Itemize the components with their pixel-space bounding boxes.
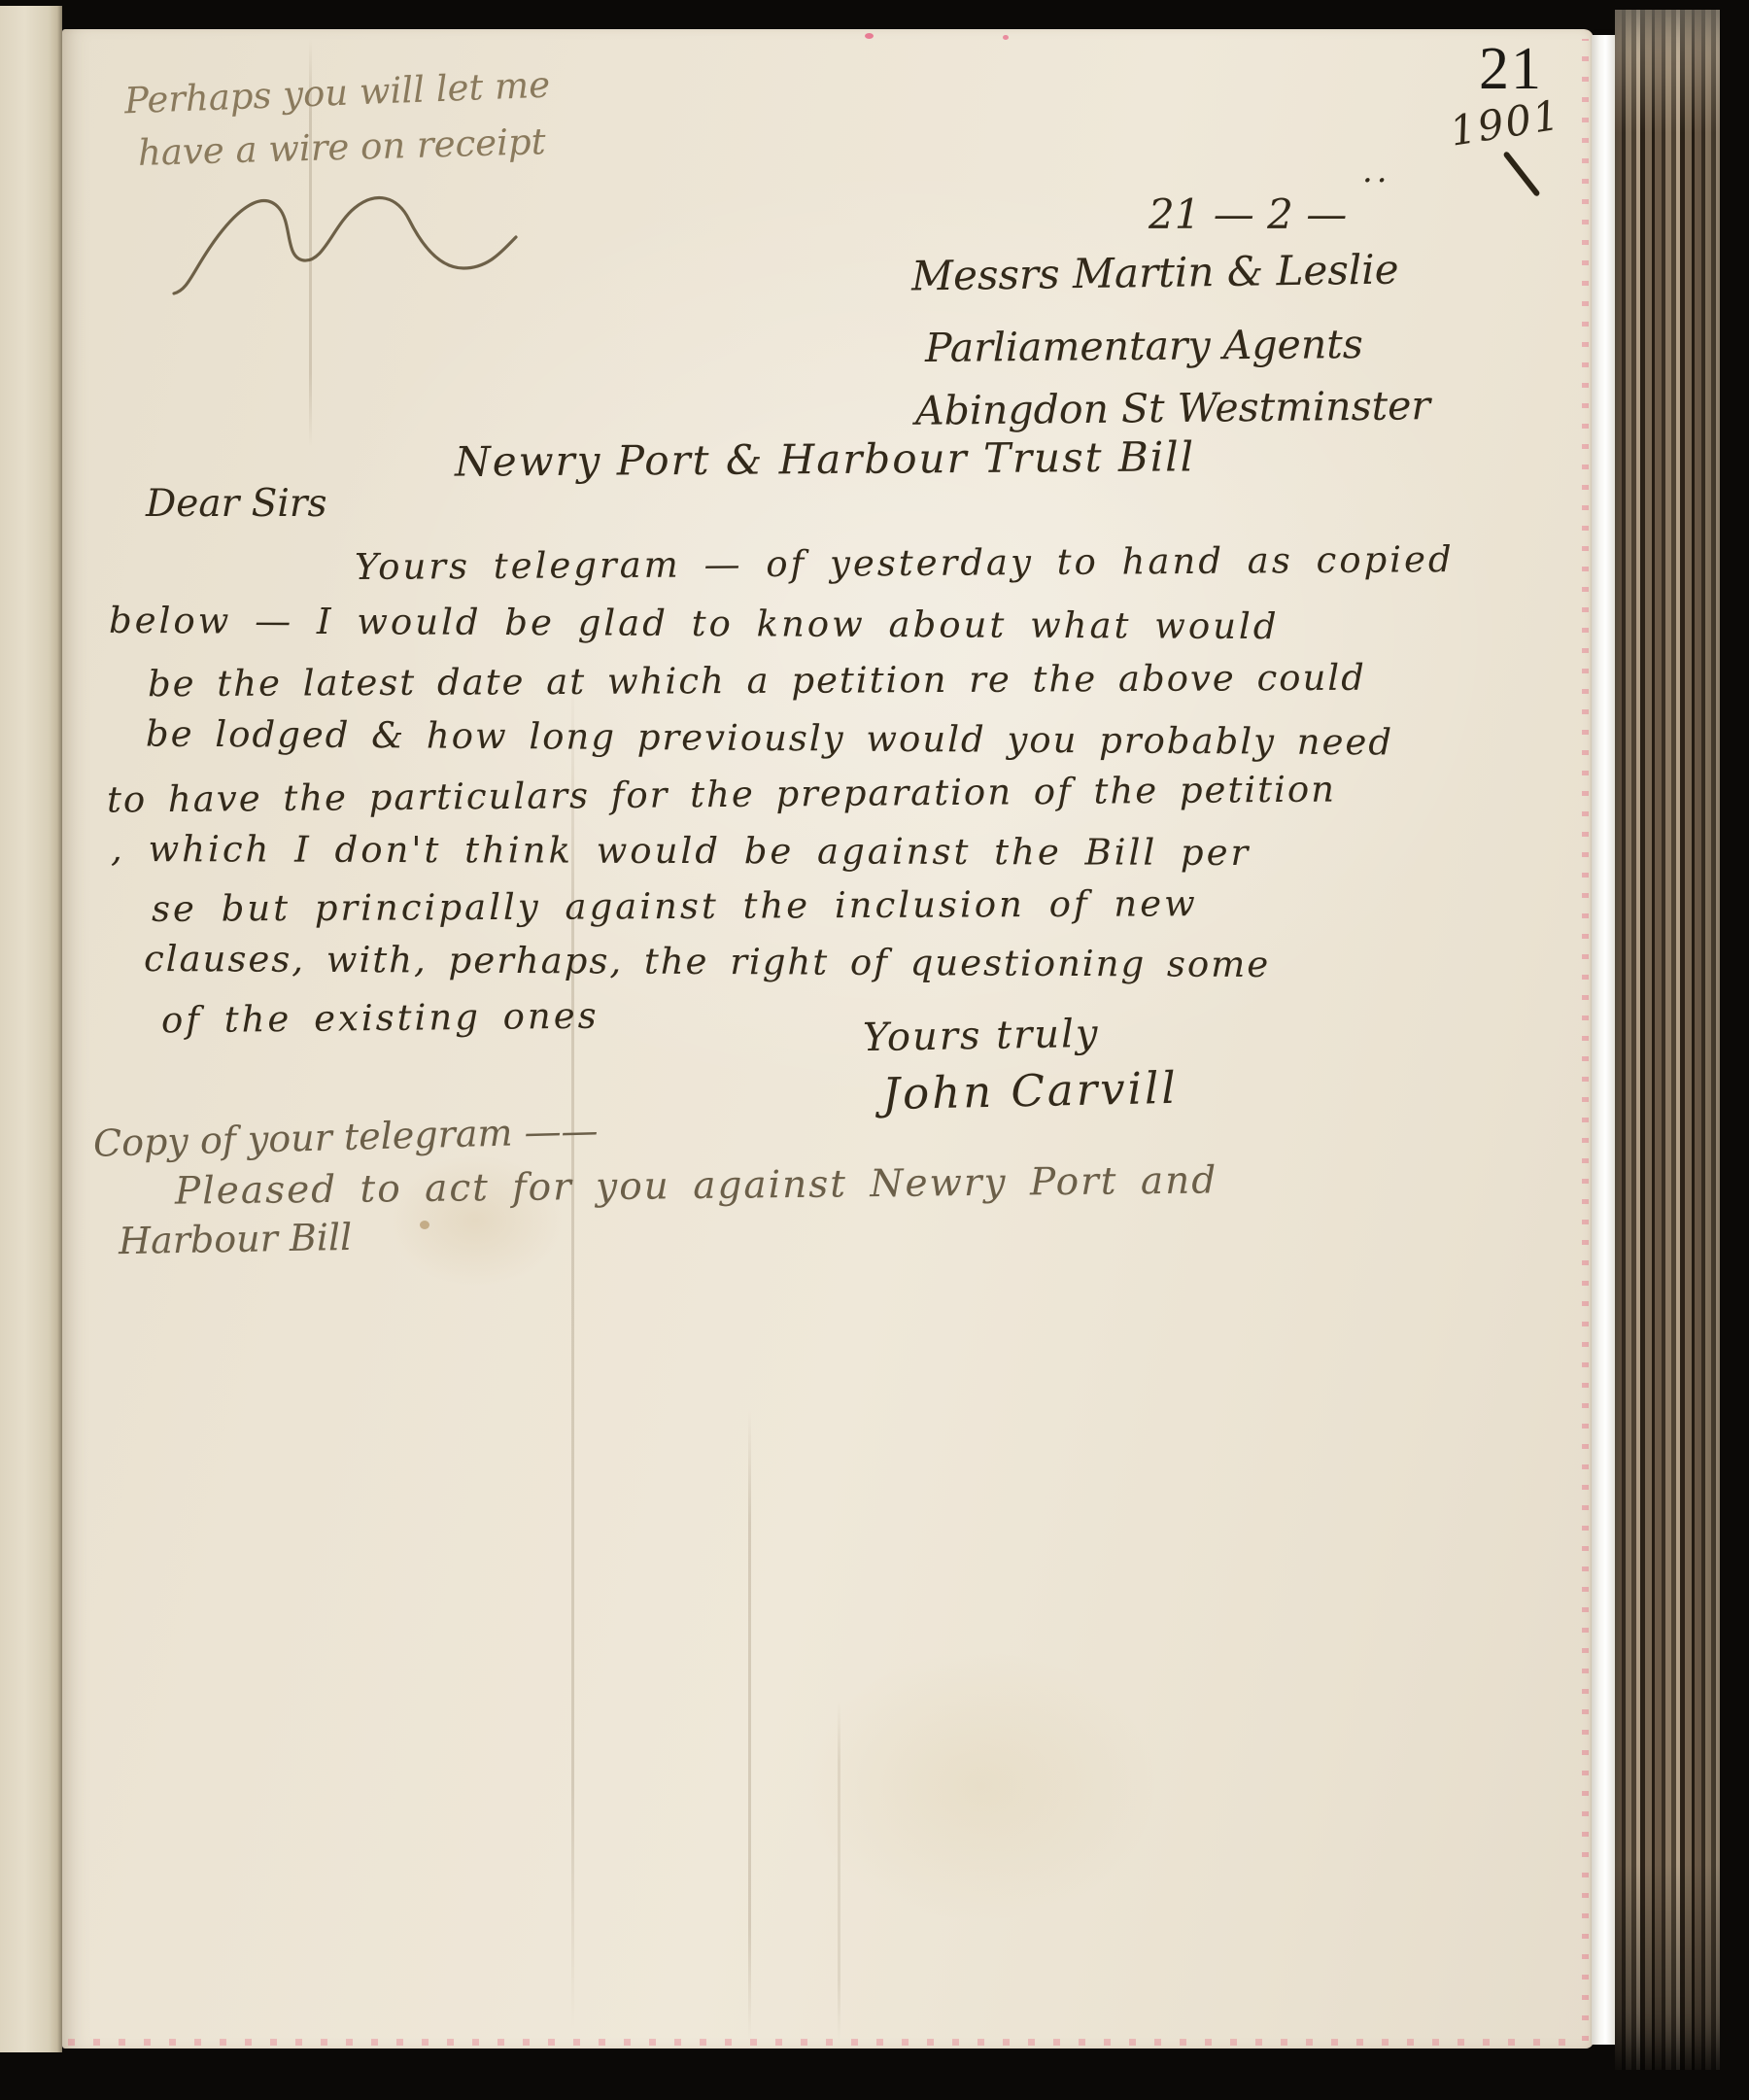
pink-speck — [865, 33, 874, 39]
body-line: clauses, with, perhaps, the right of que… — [144, 940, 1270, 985]
valediction: Yours truly — [863, 1013, 1100, 1059]
bookmark-strip — [1592, 35, 1615, 2045]
page-edge-red-speckle — [1582, 39, 1589, 2041]
paper-crease — [571, 671, 574, 2031]
body-line: be lodged & how long previously would yo… — [146, 715, 1393, 764]
recipient-role: Parliamentary Agents — [925, 323, 1363, 370]
letter-date: 21 — 2 — — [1149, 192, 1347, 237]
telegram-copy-line: Harbour Bill — [119, 1218, 353, 1262]
paper-stain — [420, 1221, 429, 1229]
paper-crease — [838, 1701, 840, 2041]
body-line: be the latest date at which a petition r… — [148, 659, 1366, 705]
body-line: of the existing ones — [161, 997, 600, 1041]
salutation: Dear Sirs — [146, 484, 327, 526]
body-line: se but principally against the inclusion… — [152, 884, 1198, 929]
previous-page-edge — [0, 6, 62, 2052]
body-line: below — I would be glad to know about wh… — [109, 602, 1280, 647]
signature: John Carvill — [882, 1064, 1180, 1119]
scanned-letterbook-page: Perhaps you will let me have a wire on r… — [0, 0, 1749, 2100]
flourish-squiggle-icon — [160, 175, 578, 311]
paper-crease — [748, 1409, 751, 2041]
pink-speck — [1003, 35, 1009, 40]
body-line: , which I don't think would be against t… — [111, 830, 1251, 874]
recipient-name: Messrs Martin & Leslie — [911, 248, 1399, 299]
recipient-address: Abingdon St Westminster — [915, 384, 1430, 433]
book-page-edges-shading — [1615, 10, 1720, 2070]
body-line: Yours telegram — of yesterday to hand as… — [355, 540, 1455, 588]
subject-line: Newry Port & Harbour Trust Bill — [455, 434, 1195, 485]
letter-date-superscript: ·· — [1362, 163, 1391, 199]
page-edge-red-speckle — [68, 2039, 1584, 2046]
